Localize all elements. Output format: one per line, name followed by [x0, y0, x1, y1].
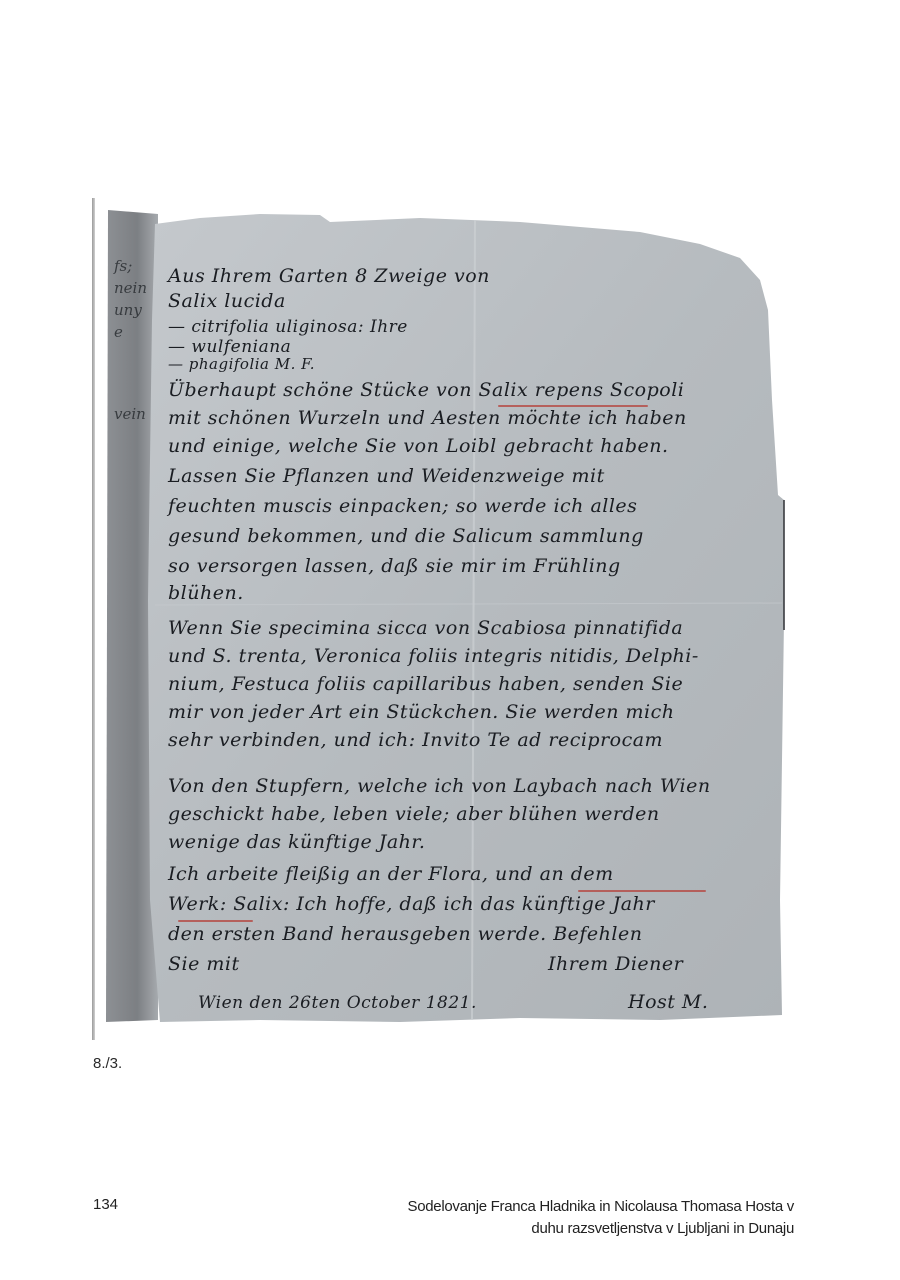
- letter-line: den ersten Band herausgeben werde. Befeh…: [168, 923, 642, 945]
- figure-caption: 8./3.: [93, 1055, 122, 1072]
- letter-line: — wulfeniana: [168, 337, 291, 357]
- letter-signature: Host M.: [628, 991, 708, 1013]
- footer-title-line-1: Sodelovanje Franca Hladnika in Nicolausa…: [408, 1196, 794, 1218]
- letter-line: so versorgen lassen, daß sie mir im Früh…: [168, 555, 621, 577]
- letter-line: und S. trenta, Veronica foliis integris …: [168, 645, 699, 667]
- letter-line: Salix lucida: [168, 290, 286, 312]
- page-edge-line: [92, 198, 95, 1040]
- letter-line: — citrifolia uliginosa: Ihre: [168, 317, 408, 337]
- letter-line: Von den Stupfern, welche ich von Laybach…: [168, 775, 711, 797]
- letter-date: Wien den 26ten October 1821.: [198, 993, 477, 1013]
- letter-line: Ich arbeite fleißig an der Flora, und an…: [168, 863, 614, 885]
- letter-line: sehr verbinden, und ich: Invito Te ad re…: [168, 729, 663, 751]
- letter-line: nium, Festuca foliis capillaribus haben,…: [168, 673, 683, 695]
- letter-line: Wenn Sie specimina sicca von Scabiosa pi…: [168, 617, 683, 639]
- letter-line: mit schönen Wurzeln und Aesten möchte ic…: [168, 407, 687, 429]
- left-strip-fragments: fs; nein uny e vein: [114, 255, 147, 425]
- letter-line: Lassen Sie Pflanzen und Weidenzweige mit: [168, 465, 605, 487]
- letter-line: und einige, welche Sie von Loibl gebrach…: [168, 435, 669, 457]
- letter-line: gesund bekommen, und die Salicum sammlun…: [168, 525, 644, 547]
- letter-closing: Ihrem Diener: [548, 953, 683, 975]
- letter-line: Aus Ihrem Garten 8 Zweige von: [168, 265, 490, 287]
- page-number: 134: [93, 1196, 118, 1213]
- letter-line: feuchten muscis einpacken; so werde ich …: [168, 495, 637, 517]
- letter-line: Werk: Salix: Ich hoffe, daß ich das künf…: [168, 893, 655, 915]
- scanned-letter-figure: fs; nein uny e vein Aus Ihrem Garten 8 Z…: [100, 200, 790, 1035]
- letter-line: Überhaupt schöne Stücke von Salix repens…: [168, 379, 684, 401]
- red-underline: [178, 920, 253, 922]
- footer-title-line-2: duhu razsvetljenstva v Ljubljani in Duna…: [408, 1218, 794, 1240]
- red-underline: [498, 405, 648, 407]
- letter-line: geschickt habe, leben viele; aber blühen…: [168, 803, 660, 825]
- letter-line: — phagifolia M. F.: [168, 355, 315, 373]
- letter-line: blühen.: [168, 582, 244, 604]
- letter-line: wenige das künftige Jahr.: [168, 831, 425, 853]
- running-footer-title: Sodelovanje Franca Hladnika in Nicolausa…: [408, 1196, 794, 1240]
- letter-line: Sie mit: [168, 953, 240, 975]
- letter-line: mir von jeder Art ein Stückchen. Sie wer…: [168, 701, 675, 723]
- red-underline: [578, 890, 706, 892]
